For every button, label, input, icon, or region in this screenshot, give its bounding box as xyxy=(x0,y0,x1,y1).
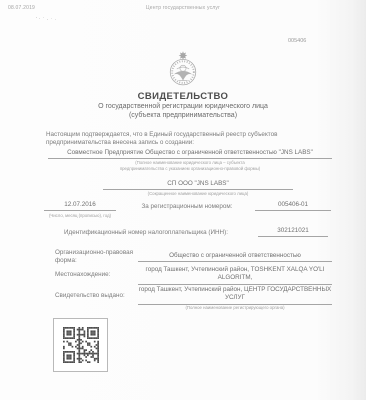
inn-label: Идентификационный номер налогоплательщик… xyxy=(40,229,252,237)
intro-line2: предпринимательства внесена запись о соз… xyxy=(46,139,331,147)
emblem-graphic xyxy=(166,50,200,88)
certificate-page: 08.07.2019 Центр государственных услуг 0… xyxy=(0,0,366,400)
certificate-subtitle-line1: О государственной регистрации юридическо… xyxy=(0,103,366,112)
legal-form-value: Общество с ограниченной ответственностью xyxy=(138,252,332,262)
document-number: 005406 xyxy=(288,38,306,44)
print-header-title: Центр государственных услуг xyxy=(0,5,366,11)
intro-line1: Настоящим подтверждается, что в Единый г… xyxy=(46,131,331,139)
certificate-title: СВИДЕТЕЛЬСТВО xyxy=(0,91,366,102)
company-short-name: СП ООО "JNS LABS" xyxy=(103,180,293,190)
location-value: город Ташкент, Учтепинский район, TOSHKE… xyxy=(138,266,332,285)
state-emblem-icon xyxy=(166,50,200,93)
registration-date: 12.07.2016 xyxy=(44,201,116,211)
faint-pencil-mark xyxy=(36,17,37,18)
registration-number-label: За регистрационным номером: xyxy=(122,203,252,211)
certificate-subtitle-line2: (субъекта предпринимательства) xyxy=(0,112,366,121)
legal-form-label: Организационно-правовая форма: xyxy=(55,249,140,265)
registration-date-caption: (Число, месяц (прописью), год) xyxy=(36,213,124,219)
issued-by-value: город Ташкент, Учтепинский район, ЦЕНТР … xyxy=(138,286,332,305)
inn-value: 302121021 xyxy=(258,227,328,237)
company-full-name: Совместное Предприятие Общество с ограни… xyxy=(48,149,332,159)
full-name-caption-line2: предпринимательства с указанием организа… xyxy=(48,166,332,172)
issued-by-caption: (Полное наименование регистрирующего орг… xyxy=(138,305,332,311)
qr-code-box xyxy=(53,318,108,372)
short-name-caption: (Сокращенное наименование юридического л… xyxy=(103,191,293,197)
registration-number: 005406-01 xyxy=(255,201,331,211)
qr-code xyxy=(63,327,99,363)
location-label: Местонахождение: xyxy=(55,271,140,279)
issued-by-label: Свидетельство выдано: xyxy=(55,292,140,300)
intro-paragraph: Настоящим подтверждается, что в Единый г… xyxy=(46,131,331,148)
full-name-caption: (Полное наименование юридического лица –… xyxy=(48,160,332,171)
